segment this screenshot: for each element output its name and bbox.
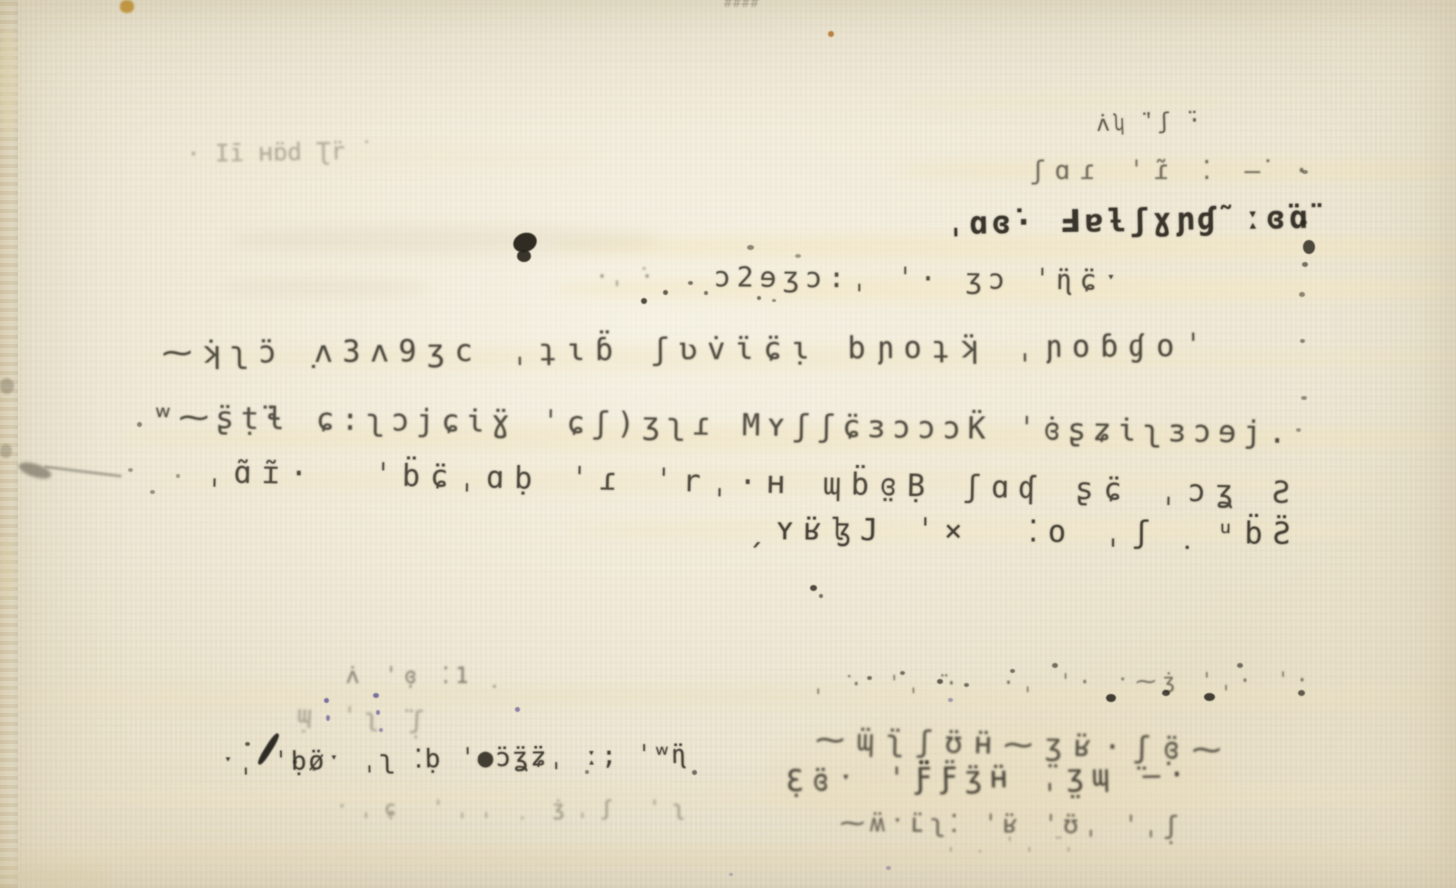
scanned-paper: · Iī ʜɒ̈d Ʈr̈ ̇ʌ̇ʮ ̈ˈʃ ̈·ʃɑɾ ˈɾ̃ ⁚ —̇ ·ˌ… [0,0,1456,888]
ink-speck [1302,170,1308,174]
ink-speck [688,281,693,285]
ink-speck [867,676,872,680]
ink-speck [245,742,250,746]
ink-speck [757,296,761,300]
ink-speck [137,422,142,427]
ink-speck [692,770,697,775]
ink-speck [900,671,905,675]
ink-speck [1010,669,1015,673]
ink-speck [772,299,776,302]
ink-speck [663,290,668,295]
ink-speck [1106,694,1116,702]
ink-speck [373,693,379,698]
ink-speck [0,444,12,458]
ink-speck [937,679,943,684]
ink-speck [1300,339,1305,343]
ink-speck [828,31,834,37]
ink-speck [1298,690,1305,696]
ink-speck [1303,240,1315,254]
ink-speck [379,728,383,732]
ink-speck [515,707,520,712]
ink-speck [729,873,733,876]
ink-speck [376,710,380,715]
ink-speck [1300,220,1307,225]
ink-speck [886,866,891,870]
ink-speck [150,490,155,494]
ink-speck [964,683,969,687]
ink-speck [176,474,180,478]
ink-speck [747,245,754,250]
ink-speck [1301,396,1307,400]
ink-speck [44,465,122,477]
ink-speck [128,468,133,472]
ink-speck [704,291,708,295]
ink-speck [810,585,817,591]
ink-speck [324,698,329,703]
ink-speck [517,250,531,262]
ink-speck [1302,262,1308,267]
ink-speck [0,378,14,394]
ink-speck [585,770,589,774]
ink-speck [256,732,281,766]
ink-speck [641,298,647,304]
ink-speck [1299,292,1305,297]
ink-speck [17,459,53,482]
ink-speck [1162,690,1170,696]
ink-speck [1052,663,1058,668]
ink-speck [948,698,953,702]
ink-speck [795,254,801,258]
ink-speck [293,760,297,764]
ink-speck-layer [0,0,1456,888]
ink-speck [1204,693,1215,701]
ink-speck [819,594,823,598]
ink-speck [326,715,330,721]
ink-speck [1237,663,1243,668]
ink-speck [312,768,316,771]
ink-speck [1296,428,1301,432]
